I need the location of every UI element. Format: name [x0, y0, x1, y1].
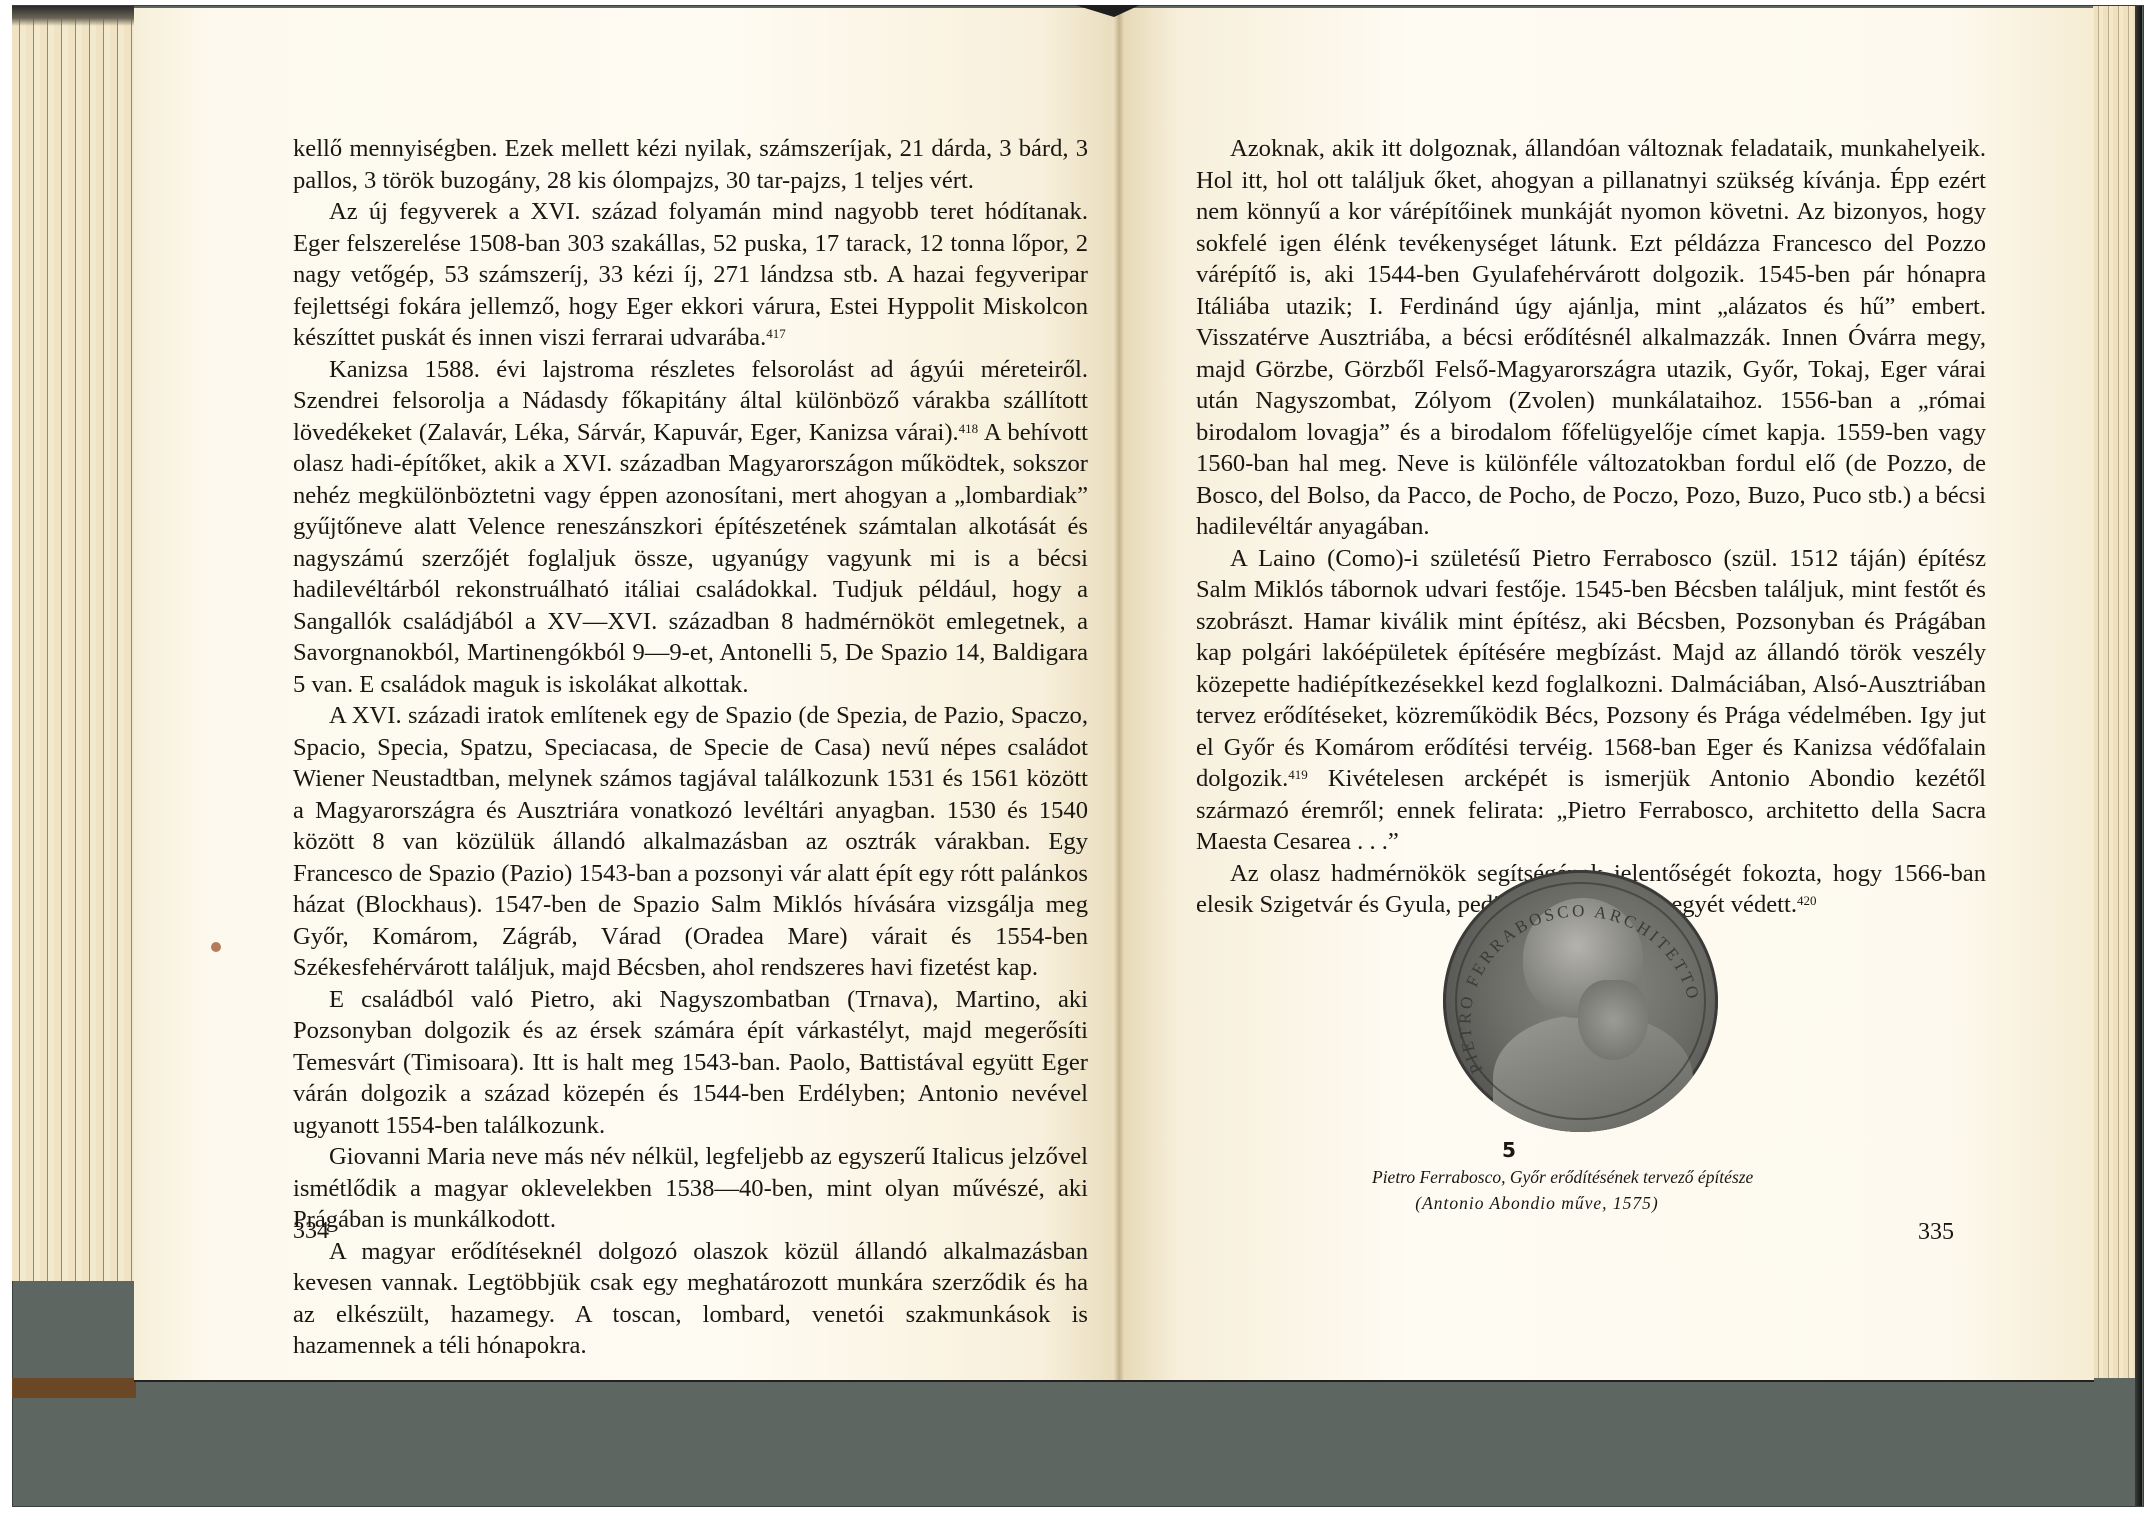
figure-caption: Pietro Ferrabosco, Győr erődítésének ter…	[1372, 1164, 1702, 1216]
paragraph: A XVI. századi iratok említenek egy de S…	[293, 700, 1088, 984]
book-gutter	[1114, 6, 1124, 1380]
right-page-stack	[2093, 6, 2141, 1378]
paragraph-text: Kivételesen arcképét is ismerjük Antonio…	[1196, 765, 1986, 855]
paragraph: A Laino (Como)-i születésű Pietro Ferrab…	[1196, 543, 1986, 858]
page-number-right: 335	[1918, 1219, 1954, 1246]
paragraph-text: Giovanni Maria neve más név nélkül, legf…	[293, 1143, 1088, 1233]
footnote-ref: 419	[1288, 767, 1308, 782]
paragraph: Kanizsa 1588. évi lajstroma részletes fe…	[293, 354, 1088, 701]
left-page-stack	[12, 6, 134, 1281]
paragraph-text: A XVI. századi iratok említenek egy de S…	[293, 702, 1088, 981]
book-cover-edge	[12, 1378, 136, 1398]
paragraph: Azoknak, akik itt dolgoznak, állandóan v…	[1196, 133, 1986, 543]
caption-line-1: Pietro Ferrabosco, Győr erődítésének ter…	[1372, 1164, 1702, 1190]
paragraph-text: Az új fegyverek a XVI. század folyamán m…	[293, 198, 1088, 351]
footnote-ref: 420	[1797, 893, 1817, 908]
right-cover-edge	[2135, 6, 2142, 1506]
page-number-left: 334	[293, 1218, 329, 1245]
figure-number: 5	[1502, 1138, 1516, 1162]
paragraph-text: A Laino (Como)-i születésű Pietro Ferrab…	[1196, 545, 1986, 793]
ink-spot-mark	[211, 942, 221, 952]
left-page-body: kellő mennyiségben. Ezek mellett kézi ny…	[293, 133, 1088, 1362]
medal-portrait-image: PIETRO FERRABOSCO ARCHITETTO	[1443, 870, 1718, 1132]
paragraph: kellő mennyiségben. Ezek mellett kézi ny…	[293, 133, 1088, 196]
medal-inscription: PIETRO FERRABOSCO ARCHITETTO	[1443, 870, 1718, 1132]
paragraph-text: Azoknak, akik itt dolgoznak, állandóan v…	[1196, 135, 1986, 540]
footnote-ref: 418	[959, 421, 979, 436]
right-page-body: Azoknak, akik itt dolgoznak, állandóan v…	[1196, 133, 1986, 921]
paragraph-text: A magyar erődítéseknél dolgozó olaszok k…	[293, 1238, 1088, 1360]
paragraph: E családból való Pietro, aki Nagyszombat…	[293, 984, 1088, 1142]
svg-text:PIETRO FERRABOSCO ARCHITETTO: PIETRO FERRABOSCO ARCHITETTO	[1455, 901, 1703, 1076]
paragraph-text: E családból való Pietro, aki Nagyszombat…	[293, 986, 1088, 1139]
left-stack-shadow	[12, 6, 134, 26]
footnote-ref: 417	[766, 326, 786, 341]
paragraph: Az új fegyverek a XVI. század folyamán m…	[293, 196, 1088, 354]
paragraph: Giovanni Maria neve más név nélkül, legf…	[293, 1141, 1088, 1236]
caption-line-2: (Antonio Abondio műve, 1575)	[1372, 1190, 1702, 1216]
paragraph-text: A behívott olasz hadi-építőket, akik a X…	[293, 419, 1088, 698]
paragraph-text: kellő mennyiségben. Ezek mellett kézi ny…	[293, 135, 1088, 194]
paragraph: A magyar erődítéseknél dolgozó olaszok k…	[293, 1236, 1088, 1362]
